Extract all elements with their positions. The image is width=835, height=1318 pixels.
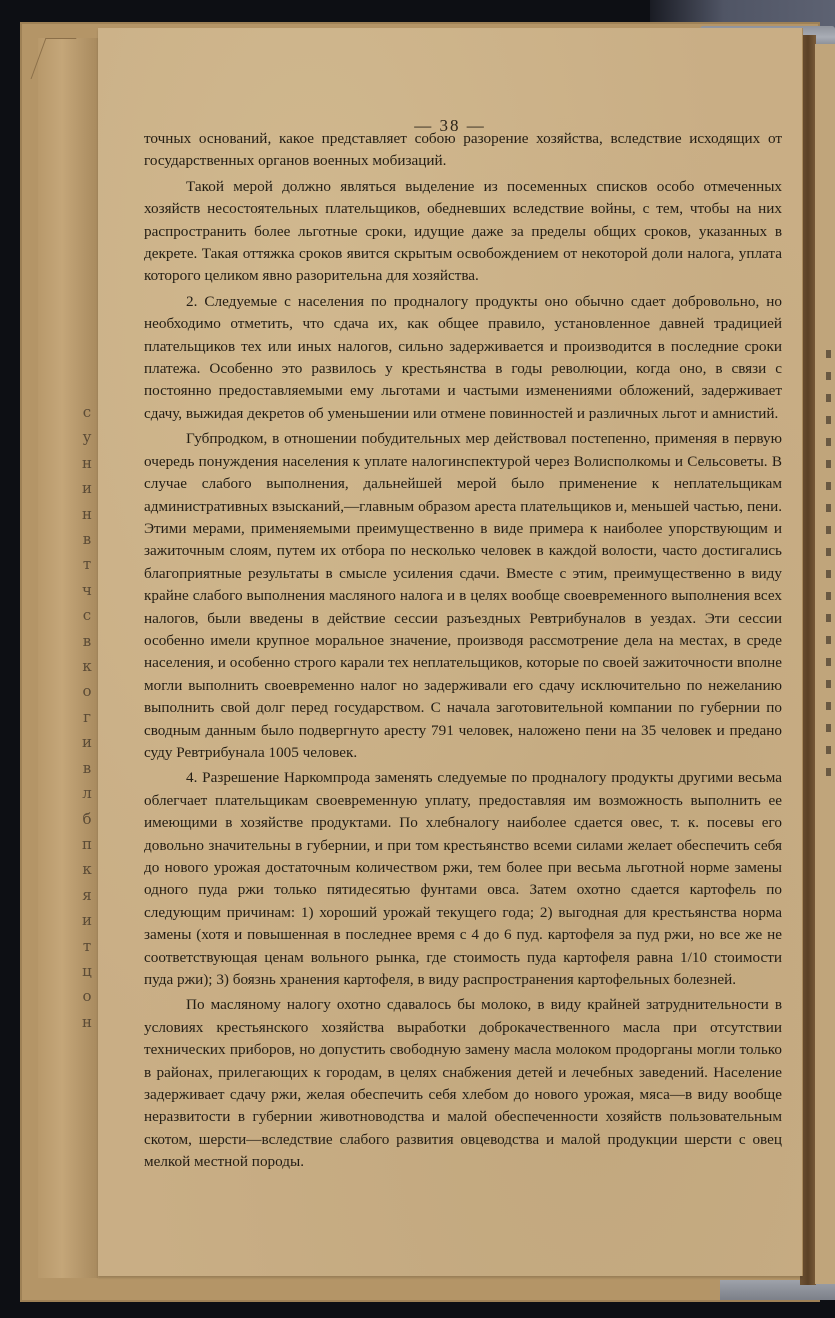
paragraph-item-4-substitution: 4. Разрешение Наркомпрода заменять следу… [144, 767, 782, 991]
margin-letter: п [82, 832, 92, 857]
paragraph-continuation: точных оснований, какое представляет соб… [144, 128, 782, 173]
margin-letter: у [83, 425, 92, 450]
margin-letter: и [82, 476, 92, 501]
margin-letter: в [83, 756, 91, 781]
margin-letter: к [82, 654, 91, 679]
margin-letter: с [83, 400, 91, 425]
margin-letter: т [83, 552, 91, 577]
margin-letter: ц [82, 959, 92, 984]
margin-letter: ч [82, 578, 92, 603]
paragraph-butter-tax: По масляному налогу охотно сдавалось бы … [144, 994, 782, 1173]
margin-letter: б [82, 807, 91, 832]
margin-letter: н [82, 502, 92, 527]
paragraph-deferral-measure: Такой мерой должно являться выделение из… [144, 176, 782, 288]
margin-letter: о [82, 679, 91, 704]
margin-letter-column: сунинвтчсвкогивлбпкяитцон [77, 400, 97, 1035]
paragraph-gubprodkom-measures: Губпродком, в отношении побудительных ме… [144, 428, 782, 764]
margin-letter: о [82, 984, 91, 1009]
margin-letter: т [83, 934, 91, 959]
margin-letter: в [83, 527, 91, 552]
margin-letter: н [82, 1010, 92, 1035]
margin-letter: и [82, 730, 92, 755]
margin-letter: л [82, 781, 92, 806]
margin-letter: и [82, 908, 92, 933]
margin-letter: н [82, 451, 92, 476]
margin-letter: к [82, 857, 91, 882]
document-body: точных оснований, какое представляет соб… [144, 128, 782, 1174]
book-gutter [800, 35, 816, 1285]
facing-page-text-fragments [826, 350, 835, 776]
paragraph-item-2-delays: 2. Следуемые с населения по продналогу п… [144, 291, 782, 425]
margin-letter: с [83, 603, 91, 628]
margin-letter: г [83, 705, 91, 730]
margin-letter: я [82, 883, 91, 908]
margin-letter: в [83, 629, 91, 654]
